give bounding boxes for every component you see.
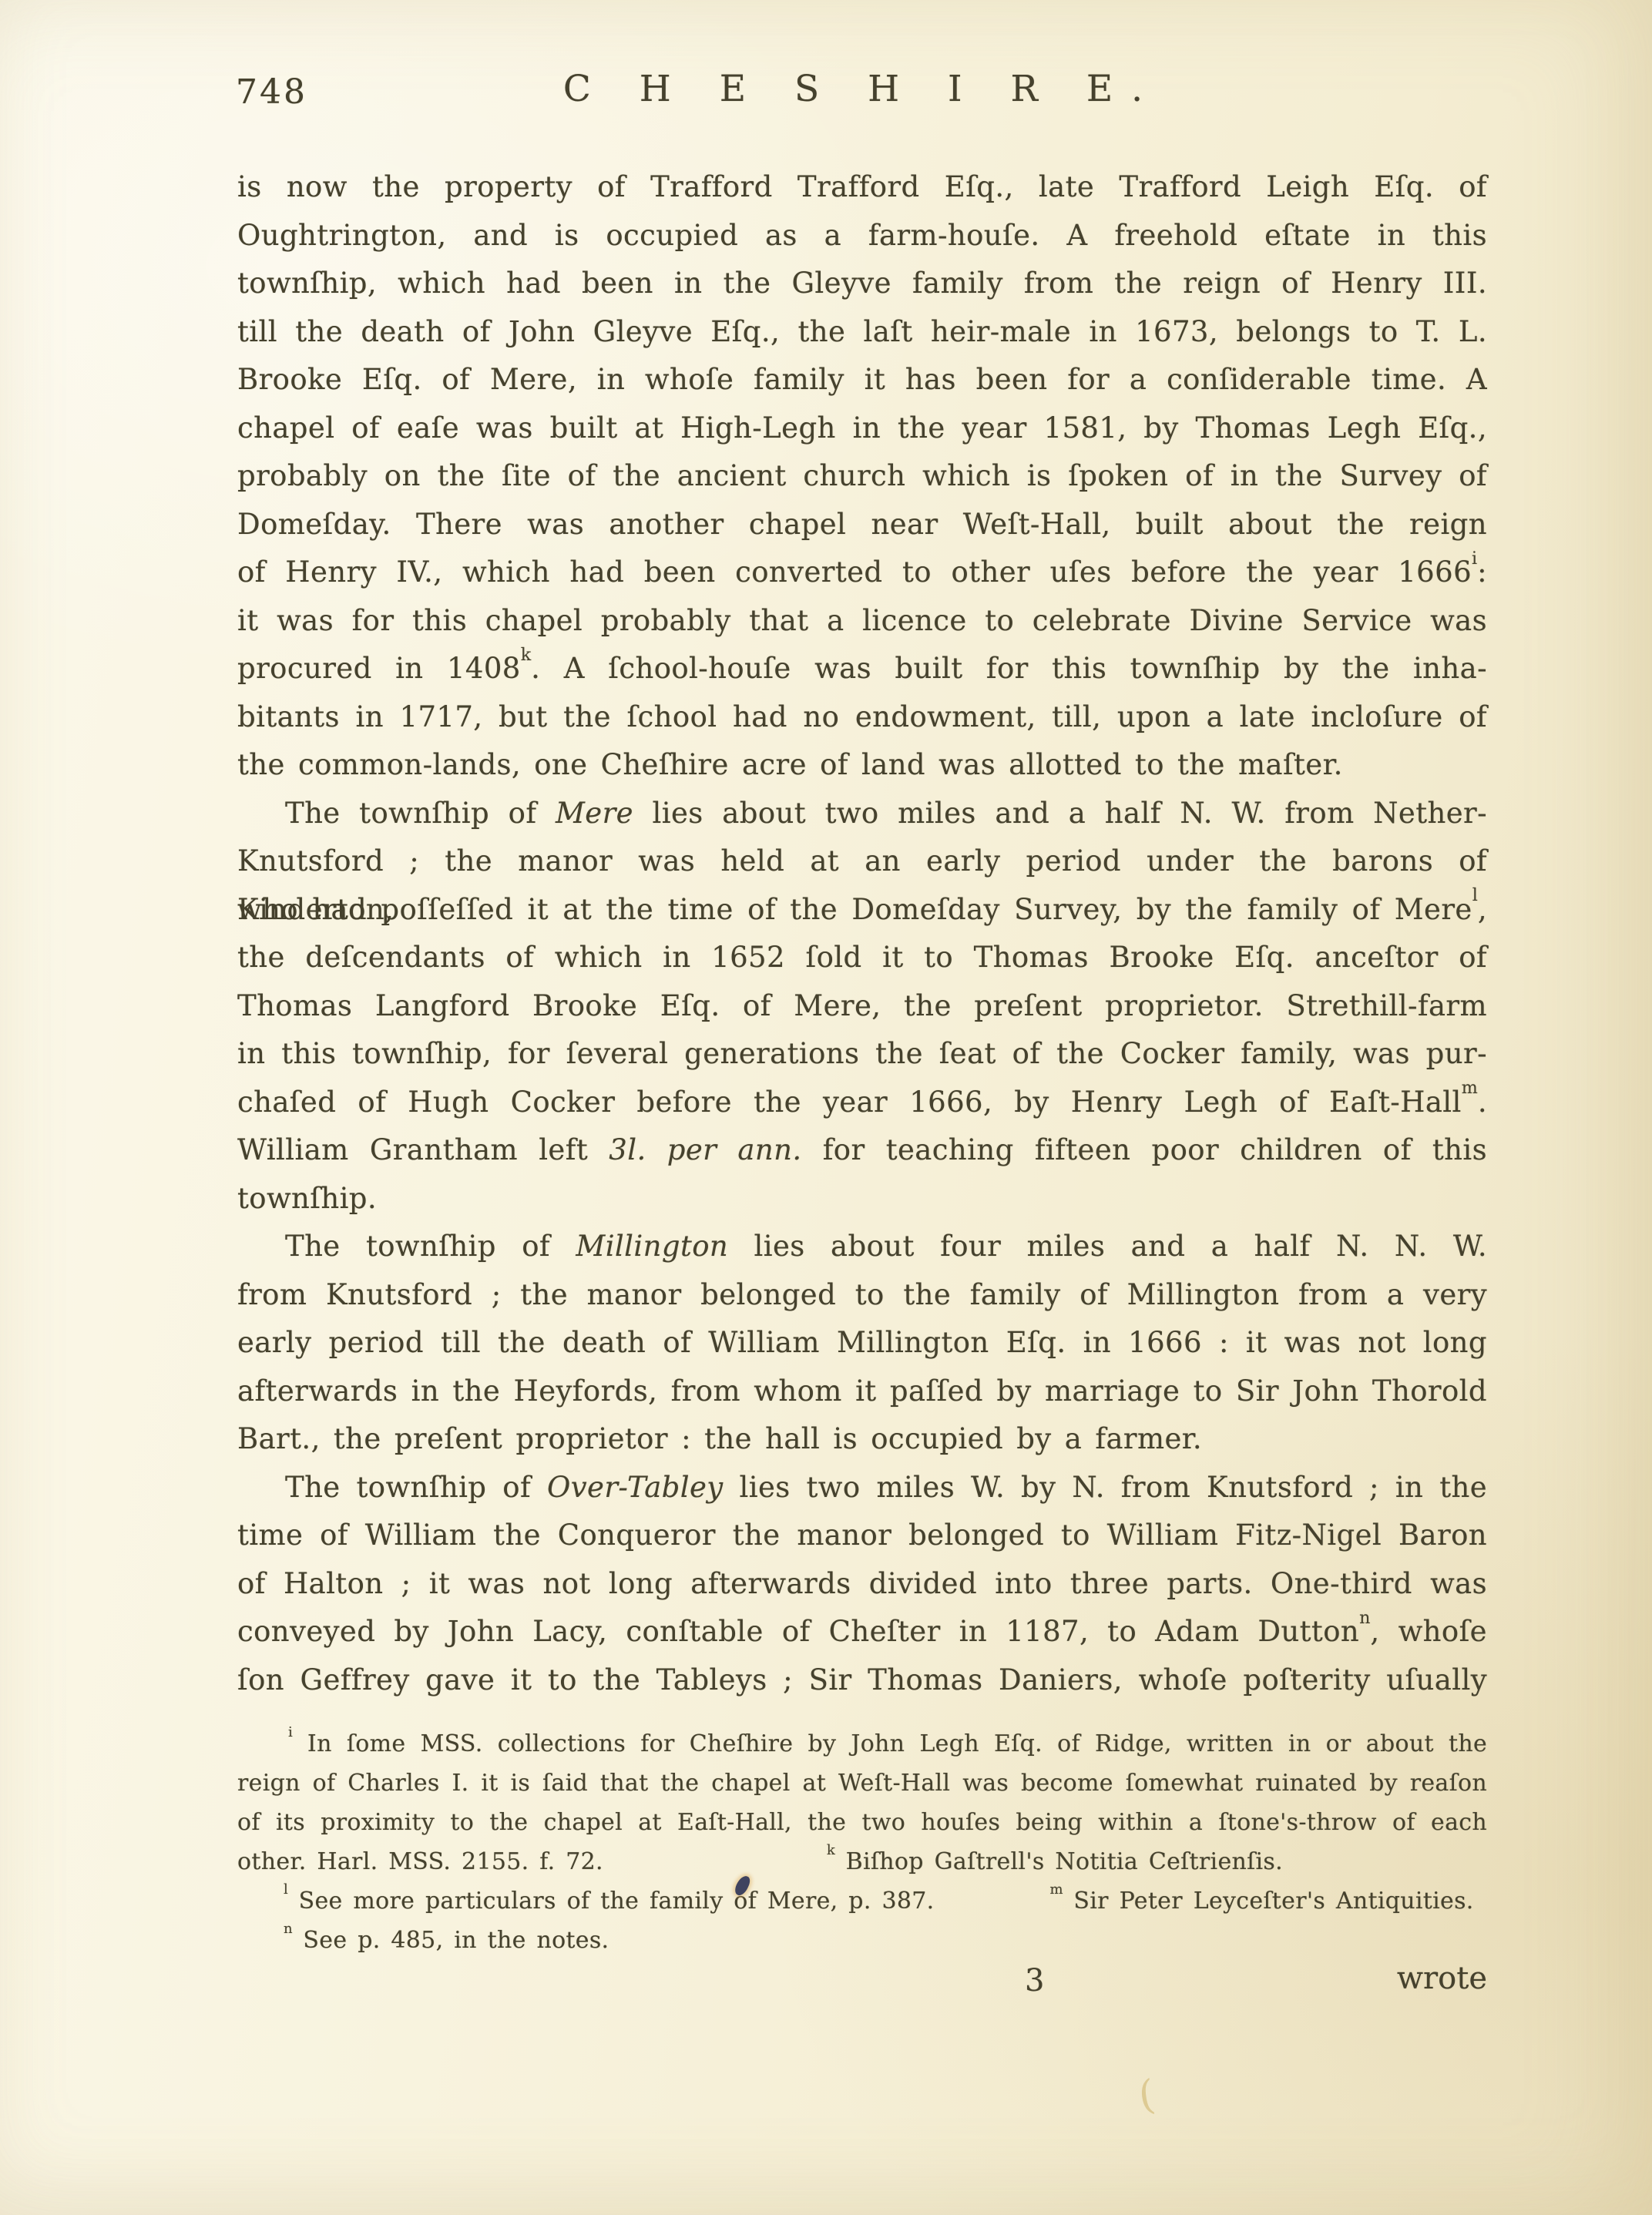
text-line: the deſcendants of which in 1652 ſold it…: [237, 934, 1487, 982]
text-line: The townſhip of Mere lies about two mile…: [237, 790, 1487, 838]
text-line: of Henry IV., which had been converted t…: [237, 549, 1487, 597]
footnote-column-gap: [603, 1868, 827, 1869]
footnote-text: m Sir Peter Leyceſter's Antiquities.: [1050, 1888, 1474, 1915]
text-line: afterwards in the Heyfords, from whom it…: [237, 1368, 1487, 1416]
footnote-line: other. Harl. MSS. 2155. f. 72.k Biſhop G…: [237, 1842, 1487, 1881]
footnote-text: reign of Charles I. it is ſaid that the …: [237, 1770, 1487, 1797]
footnote-line: i In ſome MSS. collections for Cheſhire …: [237, 1724, 1487, 1764]
text-line: procured in 1408k. A ſchool-houſe was bu…: [237, 645, 1487, 693]
footnote-line: of its proximity to the chapel at Eaſt-H…: [237, 1803, 1487, 1842]
text-line: it was for this chapel probably that a l…: [237, 597, 1487, 646]
text-line: is now the property of Trafford Trafford…: [237, 163, 1487, 212]
text-line: chapel of eaſe was built at High-Legh in…: [237, 404, 1487, 453]
footnote-text: i In ſome MSS. collections for Cheſhire …: [288, 1730, 1487, 1757]
text-line: till the death of John Gleyve Eſq., the …: [237, 308, 1487, 357]
running-title: C H E S H I R E.: [237, 68, 1487, 110]
text-line: conveyed by John Lacy, conſtable of Cheſ…: [237, 1608, 1487, 1656]
footnotes-block: i In ſome MSS. collections for Cheſhire …: [237, 1724, 1487, 1960]
catchword: wrote: [1397, 1961, 1487, 1996]
text-line: bitants in 1717, but the ſchool had no e…: [237, 693, 1487, 742]
text-line: Knutsford ; the manor was held at an ear…: [237, 837, 1487, 886]
text-line: William Grantham left 3l. per ann. for t…: [237, 1126, 1487, 1175]
text-line: Bart., the preſent proprietor : the hall…: [237, 1415, 1487, 1464]
text-line: The townſhip of Millington lies about fo…: [237, 1223, 1487, 1271]
signature-mark: 3: [1025, 1963, 1044, 1999]
footnote-line: n See p. 485, in the notes.: [237, 1921, 1487, 1960]
text-line: probably on the ſite of the ancient chur…: [237, 452, 1487, 501]
text-line: the common-lands, one Cheſhire acre of l…: [237, 741, 1487, 790]
text-line: The townſhip of Over-Tabley lies two mil…: [237, 1464, 1487, 1512]
text-line: time of William the Conqueror the manor …: [237, 1512, 1487, 1560]
book-page-scan: 748 C H E S H I R E. is now the property…: [0, 0, 1652, 2215]
footnote-text: n See p. 485, in the notes.: [284, 1927, 609, 1954]
text-line: townſhip.: [237, 1175, 1487, 1223]
text-line: Brooke Eſq. of Mere, in whoſe family it …: [237, 356, 1487, 404]
body-text-block: is now the property of Trafford Trafford…: [237, 163, 1487, 1704]
text-line: from Knutsford ; the manor belonged to t…: [237, 1271, 1487, 1320]
text-line: early period till the death of William M…: [237, 1319, 1487, 1368]
footnote-line: reign of Charles I. it is ſaid that the …: [237, 1764, 1487, 1803]
footnote-text: of its proximity to the chapel at Eaſt-H…: [237, 1809, 1487, 1836]
footnote-column-gap: [935, 1908, 1050, 1908]
text-line: chaſed of Hugh Cocker before the year 16…: [237, 1079, 1487, 1127]
text-line: Oughtrington, and is occupied as a farm-…: [237, 212, 1487, 260]
text-line: ſon Geffrey gave it to the Tableys ; Sir…: [237, 1656, 1487, 1705]
footnote-text: k Biſhop Gaſtrell's Notitia Ceſtrienſis.: [827, 1848, 1283, 1875]
text-line: Thomas Langford Brooke Eſq. of Mere, the…: [237, 982, 1487, 1031]
text-line: in this townſhip, for ſeveral generation…: [237, 1030, 1487, 1079]
footnote-text: l See more particulars of the family of …: [284, 1888, 935, 1915]
text-line: townſhip, which had been in the Gleyve f…: [237, 260, 1487, 308]
text-line: of Halton ; it was not long afterwards d…: [237, 1560, 1487, 1609]
paper-blemish-mark: (: [1136, 2072, 1157, 2119]
text-line: who had poſſeſſed it at the time of the …: [237, 886, 1487, 935]
text-line: Domeſday. There was another chapel near …: [237, 501, 1487, 549]
footnote-line: l See more particulars of the family of …: [237, 1881, 1487, 1921]
footnote-text: other. Harl. MSS. 2155. f. 72.: [237, 1848, 603, 1875]
